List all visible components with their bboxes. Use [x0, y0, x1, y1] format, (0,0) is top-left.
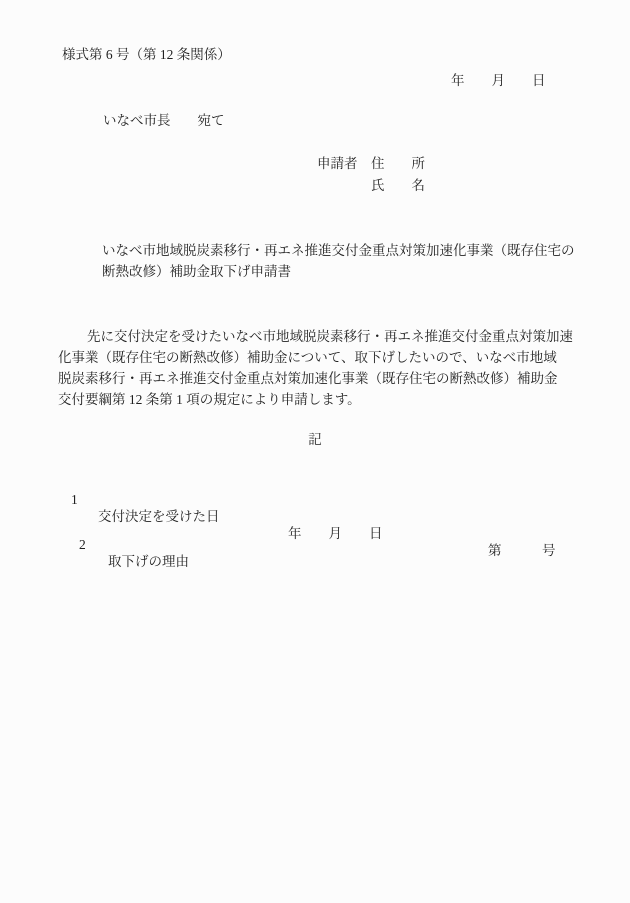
item-1-number: 1: [71, 491, 78, 508]
document-page: 様式第 6 号（第 12 条関係） 年 月 日 いなべ市長 宛て 申請者 住 所…: [0, 0, 630, 903]
form-number: 様式第 6 号（第 12 条関係）: [62, 46, 231, 63]
record-marker: 記: [0, 431, 630, 448]
body-line-4: 交付要綱第 12 条第 1 項の規定により申請します。: [58, 391, 361, 408]
body-line-2: 化事業（既存住宅の断熱改修）補助金について、取下げしたいので、いなべ市地域: [58, 349, 557, 366]
date-line: 年 月 日: [451, 72, 546, 89]
body-line-3: 脱炭素移行・再エネ推進交付金重点対策加速化事業（既存住宅の断熱改修）補助金: [58, 370, 558, 387]
item-2-row: 2 取下げの理由: [0, 519, 630, 587]
applicant-address-label: 申請者 住 所: [317, 155, 425, 172]
document-title-line-1: いなべ市地域脱炭素移行・再エネ推進交付金重点対策加速化事業（既存住宅の: [102, 242, 575, 259]
document-title-line-2: 断熱改修）補助金取下げ申請書: [102, 263, 291, 280]
applicant-name-label: 氏 名: [371, 177, 425, 194]
addressee-line: いなべ市長 宛て: [103, 112, 225, 129]
item-2-number: 2: [79, 536, 86, 553]
item-2-label: 取下げの理由: [108, 553, 189, 570]
body-line-1: 先に交付決定を受けたいなべ市地域脱炭素移行・再エネ推進交付金重点対策加速: [87, 328, 573, 345]
